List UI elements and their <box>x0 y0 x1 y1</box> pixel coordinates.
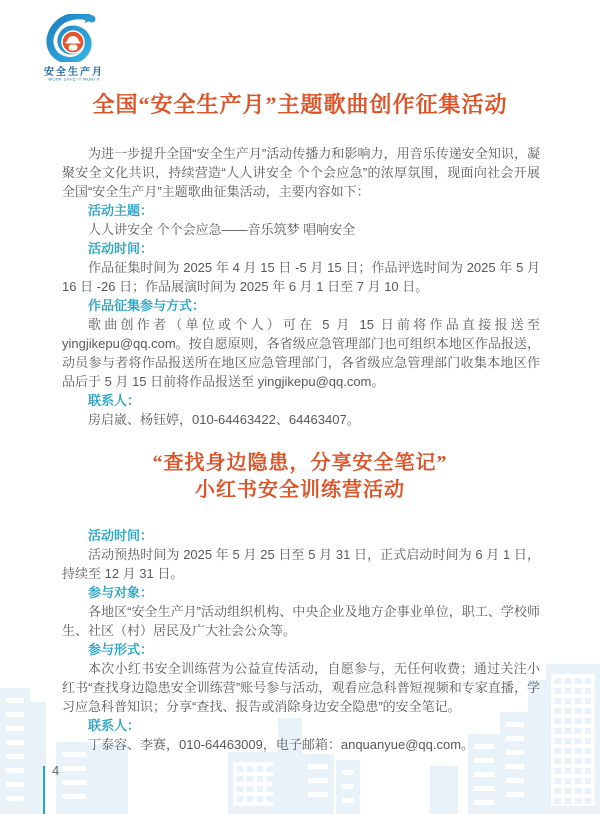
section-heading-activity-time-2: 活动时间： <box>62 526 540 545</box>
work-safety-month-logo: 安全生产月 WORK SAFETY MONTH <box>36 14 112 84</box>
page-number-rule <box>43 766 45 814</box>
article2-title-line2: 小红书安全训练营活动 <box>195 479 405 501</box>
article2-title-line1: “查找身边隐患，分享安全笔记” <box>153 452 448 474</box>
section-heading-activity-theme: 活动主题： <box>62 201 540 220</box>
article2-title: “查找身边隐患，分享安全笔记” 小红书安全训练营活动 <box>0 450 600 504</box>
page-number: 4 <box>52 763 59 778</box>
section-heading-participants: 参与对象： <box>62 583 540 602</box>
skyline-building <box>302 754 334 814</box>
skyline-building <box>228 752 278 814</box>
section-heading-activity-time: 活动时间： <box>62 239 540 258</box>
section-body-contacts-2: 丁泰容、李赛，010-64463009，电子邮箱：anquanyue@qq.co… <box>62 735 540 754</box>
skyline-building <box>0 688 30 814</box>
section-body-participants: 各地区“安全生产月”活动组织机构、中央企业及地方企事业单位，职工、学校师生、社区… <box>62 602 540 640</box>
section-body-activity-time: 作品征集时间为 2025 年 4 月 15 日 -5 月 15 日；作品评选时间… <box>62 258 540 296</box>
article1-intro: 为进一步提升全国“安全生产月”活动传播力和影响力，用音乐传递安全知识，凝聚安全文… <box>62 144 540 201</box>
section-heading-format: 参与形式： <box>62 640 540 659</box>
skyline-building <box>336 760 360 814</box>
document-page: 安全生产月 WORK SAFETY MONTH 全国“安全生产月”主题歌曲创作征… <box>0 0 600 814</box>
section-body-format: 本次小红书安全训练营为公益宣传活动，自愿参与，无任何收费；通过关注小红书“查找身… <box>62 659 540 716</box>
section-heading-contacts: 联系人： <box>62 391 540 410</box>
article2-body: 活动时间： 活动预热时间为 2025 年 5 月 25 日至 5 月 31 日，… <box>62 526 540 754</box>
section-heading-contacts-2: 联系人： <box>62 716 540 735</box>
skyline-building <box>546 664 600 814</box>
article1-title: 全国“安全生产月”主题歌曲创作征集活动 <box>0 88 600 119</box>
logo-chinese-text: 安全生产月 <box>36 63 112 78</box>
logo-mark-icon <box>42 14 106 62</box>
section-body-activity-time-2: 活动预热时间为 2025 年 5 月 25 日至 5 月 31 日，正式启动时间… <box>62 545 540 583</box>
section-body-participation: 歌曲创作者（单位或个人）可在 5 月 15 日前将作品直接报送至 yingjik… <box>62 315 540 391</box>
section-body-contacts: 房启崴、杨钰婷，010-64463422、64463407。 <box>62 410 540 429</box>
article1-body: 为进一步提升全国“安全生产月”活动传播力和影响力，用音乐传递安全知识，凝聚安全文… <box>62 144 540 429</box>
skyline-building <box>430 766 458 814</box>
skyline-building <box>92 744 128 814</box>
logo-english-text: WORK SAFETY MONTH <box>48 78 100 82</box>
section-heading-participation: 作品征集参与方式： <box>62 296 540 315</box>
section-body-activity-theme: 人人讲安全 个个会应急——音乐筑梦 唱响安全 <box>62 220 540 239</box>
